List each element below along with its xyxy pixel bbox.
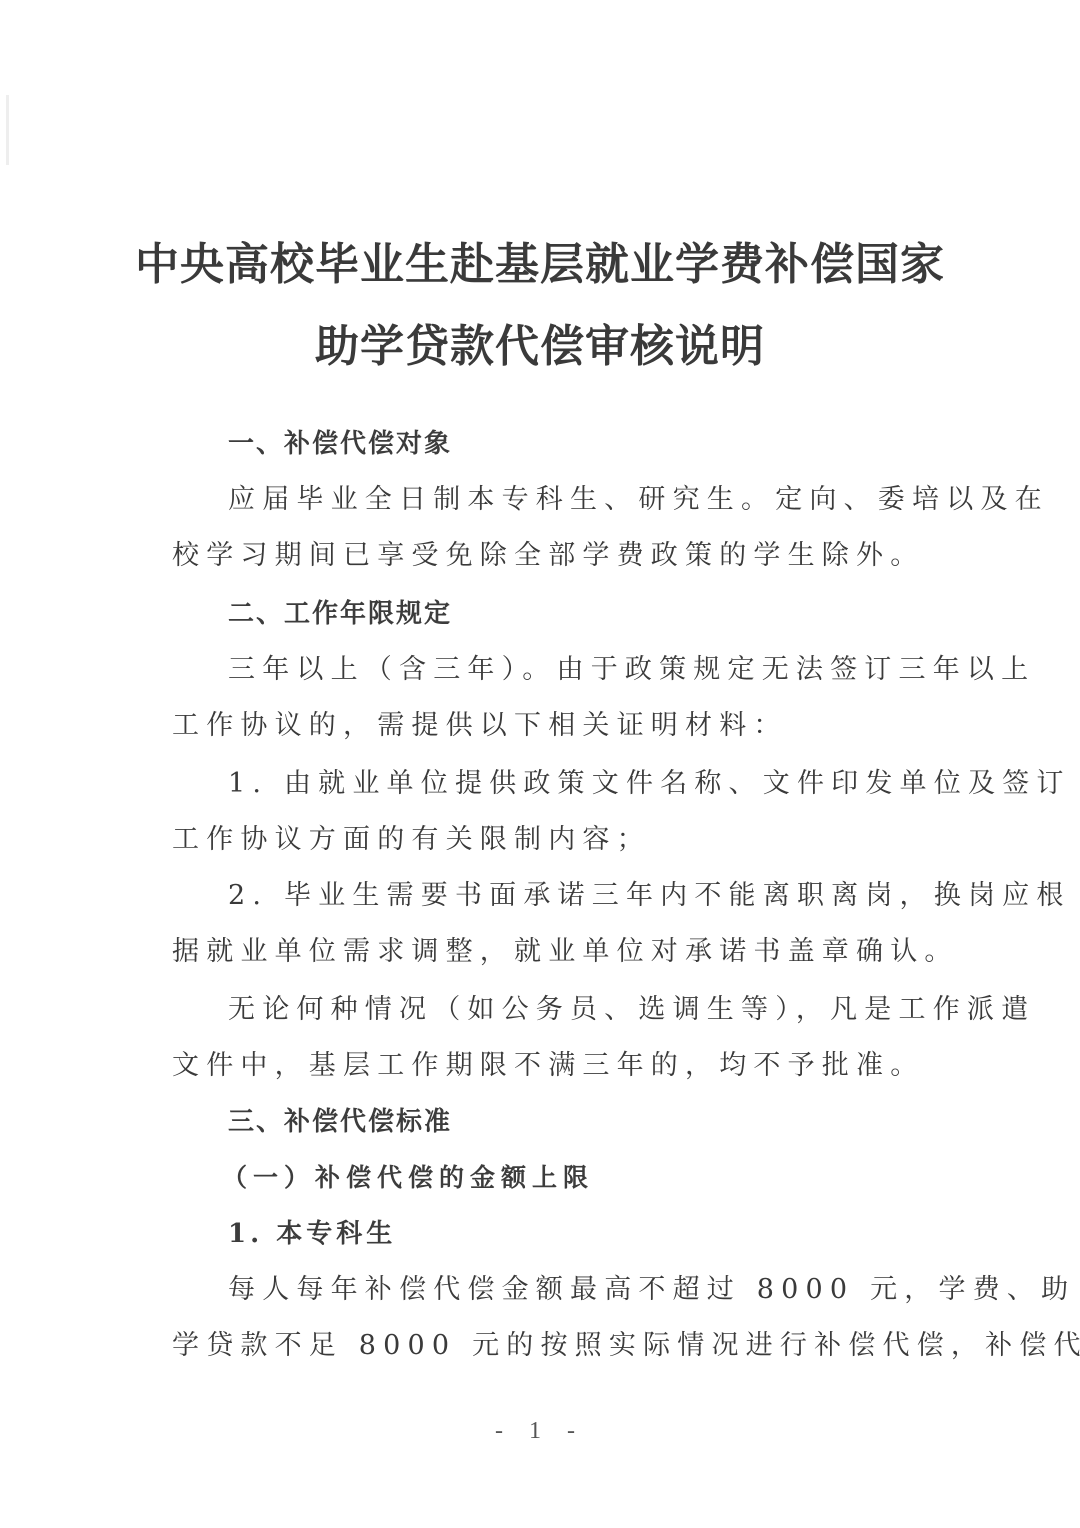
- document-title-line-1: 中央高校毕业生赴基层就业学费补偿国家: [0, 228, 1080, 292]
- paragraph-line: 工作协议的，需提供以下相关证明材料：: [172, 706, 932, 746]
- paragraph-line: 三年以上（含三年）。由于政策规定无法签订三年以上: [228, 650, 928, 690]
- document-page: 中央高校毕业生赴基层就业学费补偿国家 助学贷款代偿审核说明 一、补偿代偿对象 应…: [0, 0, 1080, 1528]
- subitem-heading: 1. 本专科生: [228, 1214, 928, 1254]
- paragraph-line: 校学习期间已享受免除全部学费政策的学生除外。: [172, 536, 932, 576]
- list-item-1-line: 工作协议方面的有关限制内容；: [172, 820, 932, 860]
- paragraph-line: 学贷款不足 8000 元的按照实际情况进行补偿代偿，补偿代: [172, 1326, 932, 1366]
- subheading: （一）补偿代偿的金额上限: [222, 1158, 982, 1198]
- list-item-2-line: 据就业单位需求调整，就业单位对承诺书盖章确认。: [172, 932, 932, 972]
- paragraph-line: 每人每年补偿代偿金额最高不超过 8000 元，学费、助: [228, 1270, 928, 1310]
- scan-artifact: [6, 95, 9, 165]
- list-item-1-line: 1. 由就业单位提供政策文件名称、文件印发单位及签订: [228, 764, 928, 804]
- section-heading-2: 二、工作年限规定: [228, 594, 928, 634]
- note-line: 无论何种情况（如公务员、选调生等），凡是工作派遣: [228, 990, 928, 1030]
- list-item-2-line: 2. 毕业生需要书面承诺三年内不能离职离岗，换岗应根: [228, 876, 928, 916]
- paragraph-line: 应届毕业全日制本专科生、研究生。定向、委培以及在: [228, 480, 928, 520]
- section-heading-1: 一、补偿代偿对象: [228, 424, 928, 464]
- note-line: 文件中，基层工作期限不满三年的，均不予批准。: [172, 1046, 932, 1086]
- document-title-line-2: 助学贷款代偿审核说明: [0, 310, 1080, 374]
- section-heading-3: 三、补偿代偿标准: [228, 1102, 928, 1142]
- page-number: - 1 -: [0, 1418, 1080, 1445]
